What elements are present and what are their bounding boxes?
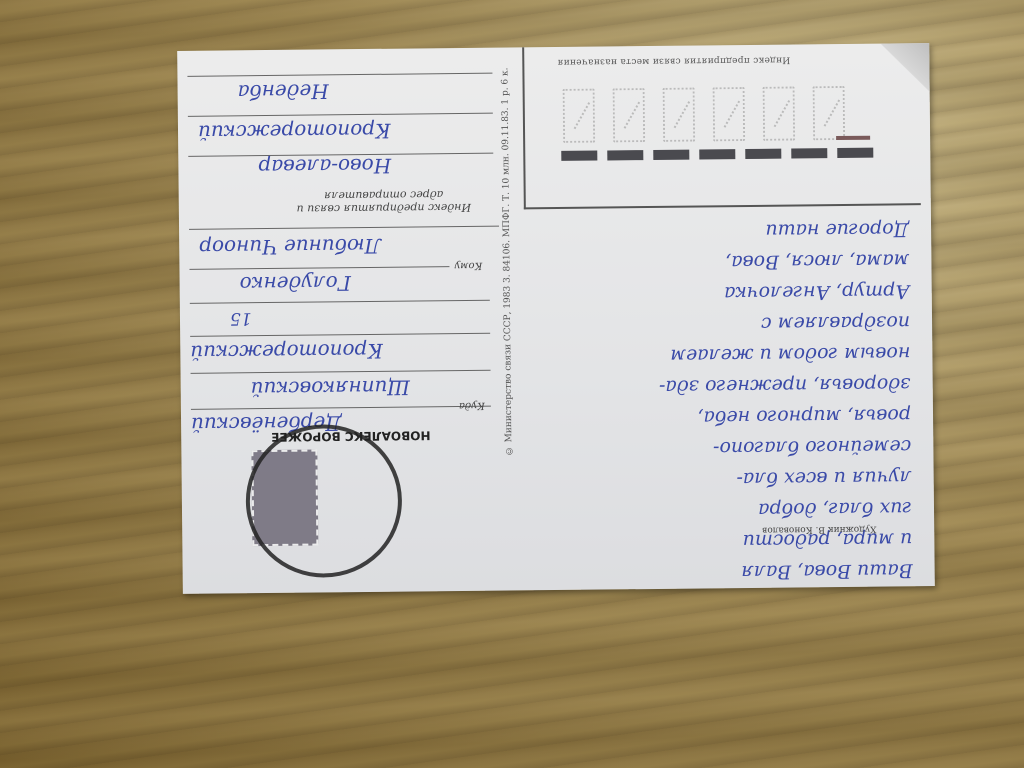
artist-credit: Художник В. Коновалов: [762, 524, 876, 535]
digit-template: [713, 87, 746, 141]
sender-line: Неденба: [237, 79, 328, 104]
postal-code-digits: [563, 86, 846, 143]
sender-line: Ново-алевар: [258, 154, 391, 179]
recipient-line: Любиние Чиноор: [199, 234, 381, 260]
digit-template: [613, 88, 646, 142]
to-whom-label: Кому: [454, 260, 482, 271]
sender-line: Кропоторежский: [198, 119, 391, 145]
digit-template: [813, 86, 846, 140]
address-line: Щипняковский: [251, 376, 411, 402]
postcard: Индекс предприятия связи места назначени…: [177, 43, 935, 594]
postmark: [245, 424, 403, 579]
address-line: 15: [230, 308, 252, 328]
digit-template: [563, 89, 596, 143]
sender-index-label: Индекс предприятия связи и адрес отправи…: [284, 188, 484, 216]
address-line: Кропоторежский: [190, 339, 383, 365]
digit-template: [663, 88, 696, 142]
postmark-text: НОВОАЛЕКС ВОРОЖЕЕ: [271, 428, 430, 444]
digit-template: [763, 86, 796, 140]
recipient-line: Голуденко: [239, 271, 351, 296]
to-where-label: Куда: [459, 400, 485, 411]
postal-code-mark: [836, 136, 870, 140]
